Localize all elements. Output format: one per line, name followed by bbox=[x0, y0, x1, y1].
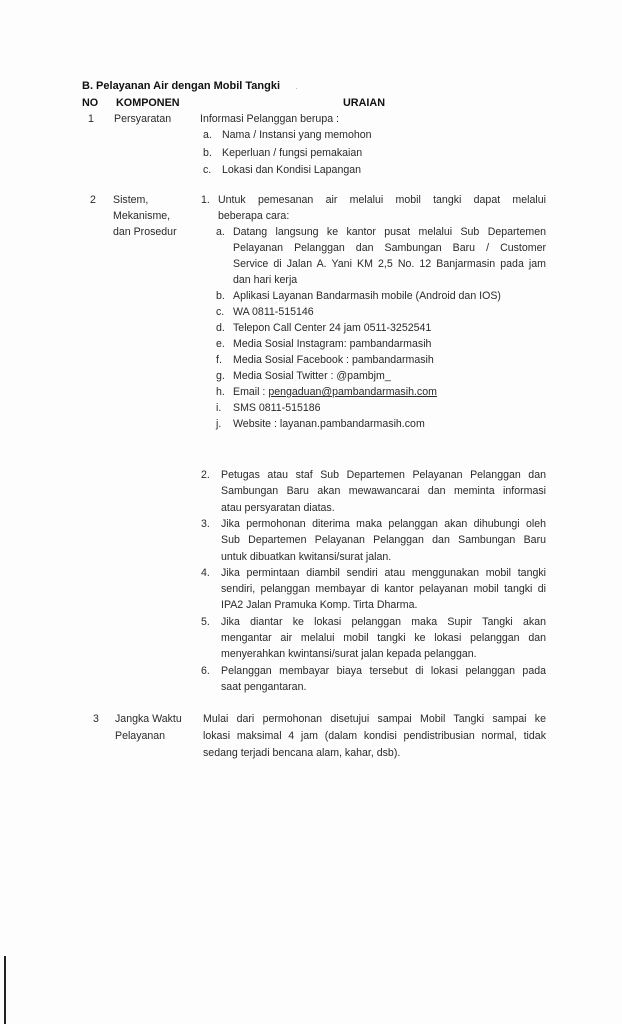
email-link[interactable]: pengaduan@pambandarmasih.com bbox=[268, 386, 437, 398]
step-text: Jika permintaan diambil sendiri atau men… bbox=[221, 567, 546, 579]
step-marker: 5. bbox=[201, 616, 210, 628]
step-text: mengantar air melalui mobil tangki ke lo… bbox=[221, 632, 546, 644]
row-text: lokasi maksimal 4 jam (dalam kondisi pen… bbox=[203, 730, 546, 742]
step-marker: 1. bbox=[201, 194, 210, 206]
step-text: menyerahkan kwintansi/surat jalan kepada… bbox=[221, 648, 546, 660]
channel-text: Aplikasi Layanan Bandarmasih mobile (And… bbox=[233, 290, 546, 302]
row-number: 2 bbox=[90, 194, 96, 206]
channel-text: SMS 0811-515186 bbox=[233, 402, 546, 414]
step-marker: 6. bbox=[201, 665, 210, 677]
list-item: Keperluan / fungsi pemakaian bbox=[222, 147, 362, 159]
list-marker: d. bbox=[216, 322, 225, 334]
list-marker: f. bbox=[216, 354, 222, 366]
step-text: Pelanggan membayar biaya tersebut di lok… bbox=[221, 665, 546, 677]
channel-text: dan hari kerja bbox=[233, 274, 546, 286]
channel-text: Website : layanan.pambandarmasih.com bbox=[233, 418, 546, 430]
step-text: Jika permohonan diterima maka pelanggan … bbox=[221, 518, 546, 530]
channel-text: Media Sosial Facebook : pambandarmasih bbox=[233, 354, 546, 366]
channel-text: Media Sosial Twitter : @pambjm_ bbox=[233, 370, 546, 382]
row-komponen: Jangka Waktu bbox=[115, 713, 182, 725]
step-text: untuk dibuatkan kwitansi/surat jalan. bbox=[221, 551, 546, 563]
row-text: sedang terjadi bencana alam, kahar, dsb)… bbox=[203, 747, 546, 759]
list-marker: h. bbox=[216, 386, 225, 398]
scan-edge-line bbox=[4, 956, 6, 1024]
list-marker: b. bbox=[216, 290, 225, 302]
step-text: atau persyaratan diatas. bbox=[221, 502, 546, 514]
list-marker: c. bbox=[216, 306, 224, 318]
column-header-komponen: KOMPONEN bbox=[116, 97, 180, 109]
step-text: saat pengantaran. bbox=[221, 681, 546, 693]
step-text: Untuk pemesanan air melalui mobil tangki… bbox=[218, 194, 546, 206]
column-header-no: NO bbox=[82, 97, 98, 109]
row-komponen: Persyaratan bbox=[114, 113, 171, 125]
step-text: Jika diantar ke lokasi pelanggan maka Su… bbox=[221, 616, 546, 628]
step-marker: 3. bbox=[201, 518, 210, 530]
channel-text: Service di Jalan A. Yani KM 2,5 No. 12 B… bbox=[233, 258, 546, 270]
channel-text: Datang langsung ke kantor pusat melalui … bbox=[233, 226, 546, 238]
column-header-uraian: URAIAN bbox=[343, 97, 385, 109]
step-text: Sub Departemen Pelayanan Pelanggan dan S… bbox=[221, 534, 546, 546]
channel-text: Media Sosial Instagram: pambandarmasih bbox=[233, 338, 546, 350]
section-title: B. Pelayanan Air dengan Mobil Tangki bbox=[82, 80, 280, 92]
row-komponen: Sistem, bbox=[113, 194, 148, 206]
step-marker: 2. bbox=[201, 469, 210, 481]
step-text: beberapa cara: bbox=[218, 210, 546, 222]
list-marker: i. bbox=[216, 402, 221, 414]
channel-text: Pelayanan Pelanggan dan Sambungan Baru /… bbox=[233, 242, 546, 254]
list-marker: a. bbox=[216, 226, 225, 238]
list-marker: e. bbox=[216, 338, 225, 350]
row-komponen: dan Prosedur bbox=[113, 226, 177, 238]
step-text: IPA2 Jalan Pramuka Komp. Tirta Dharma. bbox=[221, 599, 546, 611]
step-text: Sambungan Baru akan mewawancarai dan mem… bbox=[221, 485, 546, 497]
step-text: Petugas atau staf Sub Departemen Pelayan… bbox=[221, 469, 546, 481]
list-marker: a. bbox=[203, 129, 212, 141]
list-item: Nama / Instansi yang memohon bbox=[222, 129, 372, 141]
step-marker: 4. bbox=[201, 567, 210, 579]
channel-text: WA 0811-515146 bbox=[233, 306, 546, 318]
row-text: Mulai dari permohonan disetujui sampai M… bbox=[203, 713, 546, 725]
channel-text: Telepon Call Center 24 jam 0511-3252541 bbox=[233, 322, 546, 334]
list-marker: c. bbox=[203, 164, 211, 176]
row-number: 3 bbox=[93, 713, 99, 725]
list-marker: j. bbox=[216, 418, 221, 430]
list-item: Lokasi dan Kondisi Lapangan bbox=[222, 164, 361, 176]
list-marker: b. bbox=[203, 147, 212, 159]
row-komponen: Mekanisme, bbox=[113, 210, 170, 222]
row-intro: Informasi Pelanggan berupa : bbox=[200, 113, 339, 125]
list-marker: g. bbox=[216, 370, 225, 382]
row-number: 1 bbox=[88, 113, 94, 125]
row-komponen: Pelayanan bbox=[115, 730, 165, 742]
step-text: sendiri, pelanggan membayar di kantor pe… bbox=[221, 583, 546, 595]
channel-email: Email : pengaduan@pambandarmasih.com bbox=[233, 386, 437, 398]
scan-speck bbox=[296, 88, 297, 89]
